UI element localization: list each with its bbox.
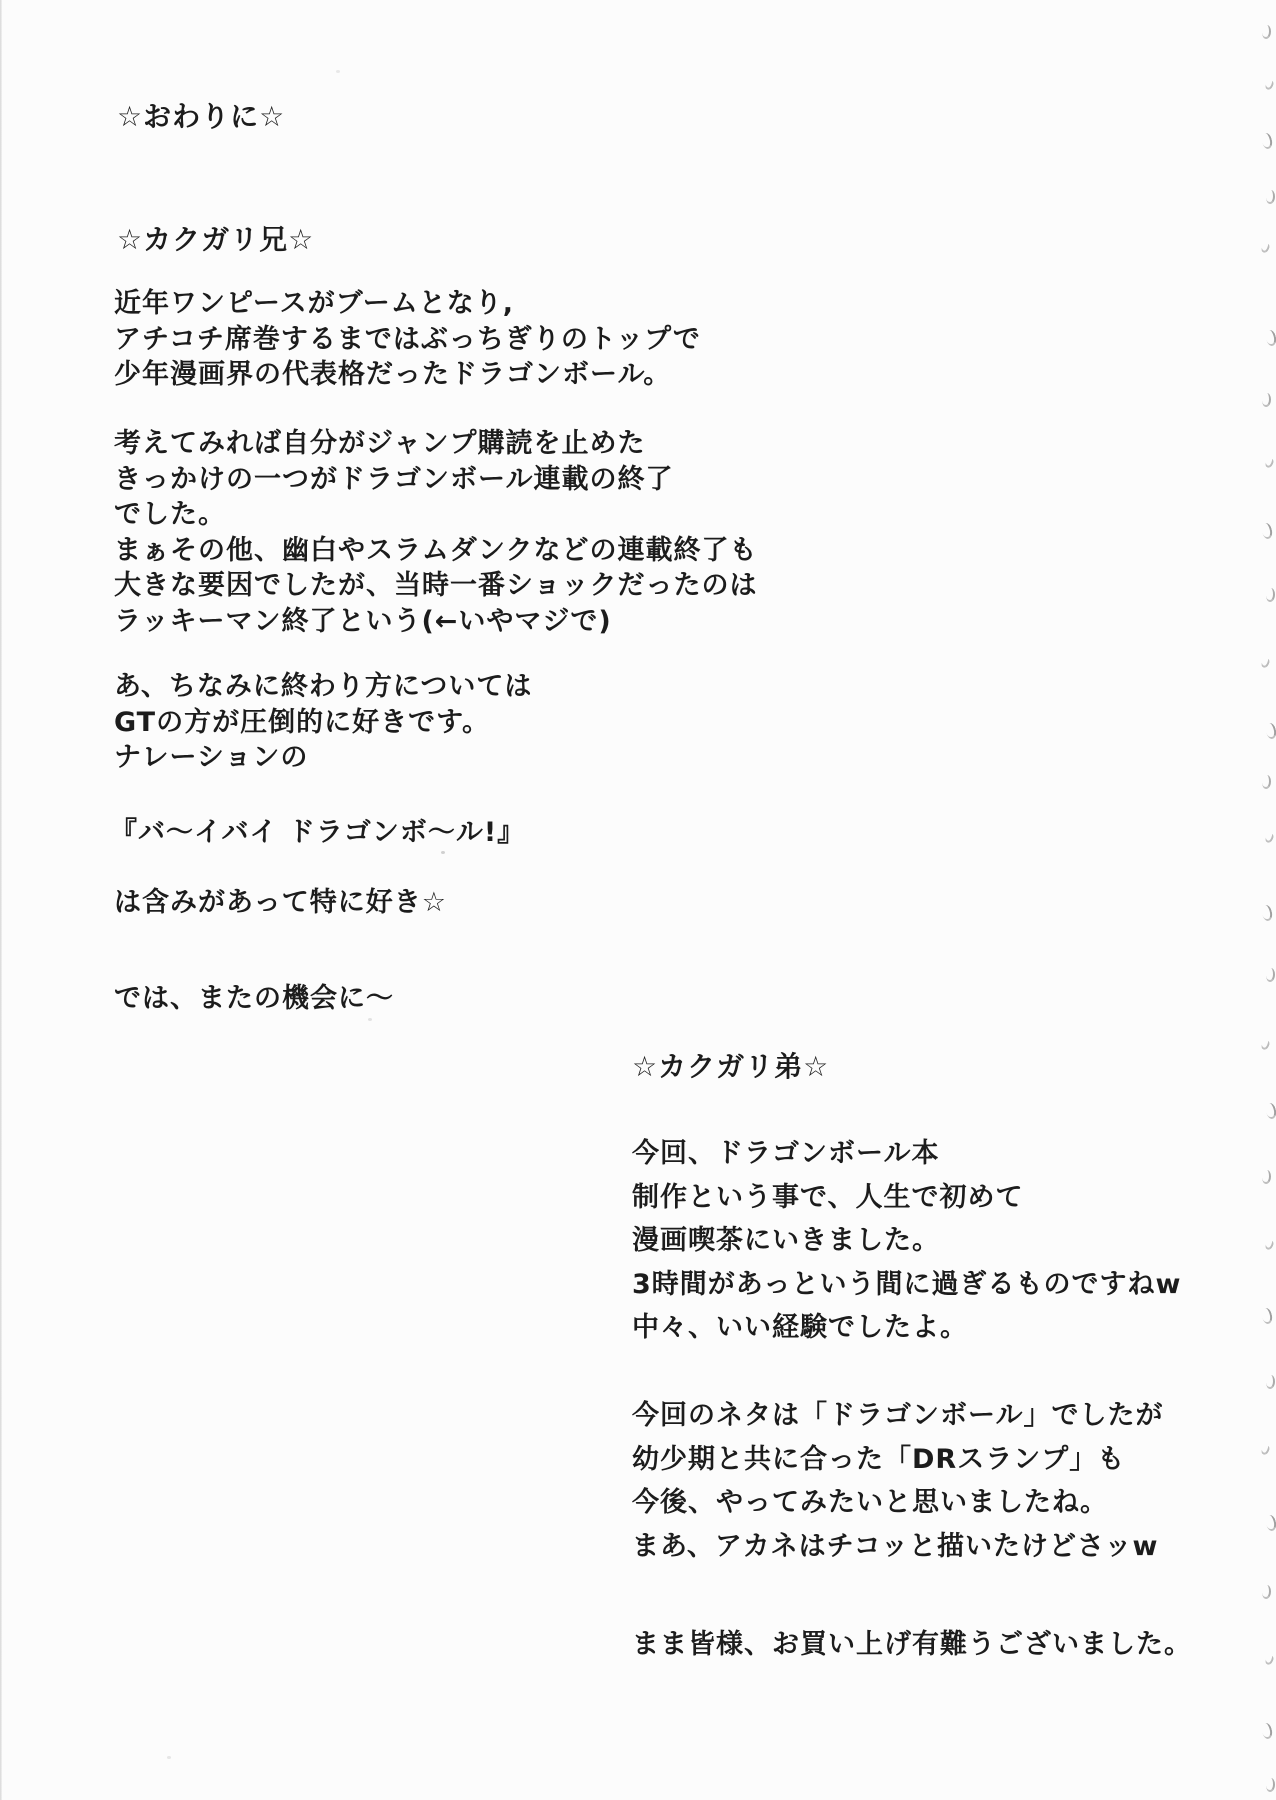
text-line: 幼少期と共に合った「DRスランプ」も [632, 1438, 1163, 1482]
right-edge-scan-artifact [1266, 190, 1275, 204]
text-line: アチコチ席巻するまではぶっちぎりのトップで [114, 322, 701, 358]
right-edge-scan-artifact [1266, 588, 1275, 602]
younger-closing-line: まま皆様、お買い上げ有難うございました。 [632, 1622, 1192, 1661]
right-edge-scan-artifact [1264, 329, 1276, 347]
right-edge-scan-artifact [1264, 1654, 1275, 1666]
right-edge-scan-artifact [1264, 1239, 1275, 1251]
scan-speck [167, 1756, 171, 1759]
text-line: あ、ちなみに終わり方については [114, 669, 532, 705]
text-line: きっかけの一つがドラゴンボール連載の終了 [114, 462, 757, 498]
scan-speck [368, 1018, 372, 1021]
right-edge-scan-artifact [1262, 775, 1271, 789]
text-line: 今回のネタは「ドラゴンボール」でしたが [632, 1394, 1163, 1438]
brother-paragraph-2: 考えてみれば自分がジャンプ購読を止めたきっかけの一つがドラゴンボール連載の終了で… [114, 426, 757, 639]
right-edge-scan-artifact [1264, 832, 1275, 844]
right-edge-scan-artifact [1260, 242, 1271, 254]
afterword-title: ☆おわりに☆ [117, 95, 285, 135]
brother-after-quote-line: は含みがあって特に好き☆ [114, 880, 447, 919]
text-line: ラッキーマン終了という(←いやマジで) [114, 604, 757, 640]
right-edge-scan-artifact [1266, 968, 1275, 982]
right-edge-scan-artifact [1260, 1722, 1274, 1740]
brother-paragraph-1: 近年ワンピースがブームとなり,アチコチ席巻するまではぶっちぎりのトップで少年漫画… [114, 286, 701, 393]
right-edge-scan-artifact [1264, 1514, 1276, 1532]
text-line: でした。 [114, 497, 757, 533]
younger-paragraph-1: 今回、ドラゴンボール本制作という事で、人生で初めて漫画喫茶にいきました。3時間が… [632, 1132, 1181, 1350]
text-line: 今回、ドラゴンボール本 [632, 1132, 1181, 1176]
right-edge-scan-artifact [1262, 1170, 1271, 1184]
brother-quote-line: 『バ～イバイ ドラゴンボ～ル!』 [110, 810, 525, 849]
text-line: 少年漫画界の代表格だったドラゴンボール。 [114, 357, 701, 393]
left-paper-edge-shadow [0, 0, 2, 1800]
text-line: 制作という事で、人生で初めて [632, 1176, 1181, 1220]
right-edge-scan-artifact [1262, 25, 1271, 39]
text-line: 漫画喫茶にいきました。 [632, 1219, 1181, 1263]
brother-paragraph-3: あ、ちなみに終わり方についてはGTの方が圧倒的に好きです。ナレーションの [114, 669, 532, 776]
right-edge-scan-artifact [1260, 1444, 1271, 1456]
right-edge-scan-artifact [1264, 722, 1276, 740]
right-edge-scan-artifact [1264, 1102, 1276, 1120]
younger-section-heading: ☆カクガリ弟☆ [632, 1045, 829, 1085]
right-edge-scan-artifact [1264, 457, 1275, 469]
text-line: ナレーションの [114, 740, 532, 776]
text-line: 中々、いい経験でしたよ。 [632, 1306, 1181, 1350]
right-edge-scan-artifact [1260, 1307, 1274, 1325]
text-line: まぁその他、幽白やスラムダンクなどの連載終了も [114, 533, 757, 569]
right-edge-scan-artifact [1266, 1778, 1275, 1792]
brother-section-heading: ☆カクガリ兄☆ [117, 218, 314, 258]
brother-closing-line: では、またの機会に～ [114, 976, 394, 1015]
right-edge-scan-artifact [1262, 393, 1271, 407]
scan-speck [441, 851, 445, 854]
right-edge-scan-artifact [1260, 904, 1274, 922]
right-edge-scan-artifact [1260, 1039, 1271, 1051]
text-line: まあ、アカネはチコッと描いたけどさッw [632, 1525, 1163, 1569]
right-edge-scan-artifact [1266, 1375, 1275, 1389]
text-line: 近年ワンピースがブームとなり, [114, 286, 701, 322]
text-line: 今後、やってみたいと思いましたね。 [632, 1481, 1163, 1525]
younger-paragraph-2: 今回のネタは「ドラゴンボール」でしたが幼少期と共に合った「DRスランプ」も今後、… [632, 1394, 1163, 1568]
right-edge-scan-artifact [1262, 1585, 1271, 1599]
text-line: GTの方が圧倒的に好きです。 [114, 705, 532, 741]
text-line: 3時間があっという間に過ぎるものですねw [632, 1263, 1181, 1307]
text-line: 考えてみれば自分がジャンプ購読を止めた [114, 426, 757, 462]
right-edge-scan-artifact [1260, 657, 1271, 669]
text-line: 大きな要因でしたが、当時一番ショックだったのは [114, 568, 757, 604]
right-edge-scan-artifact [1260, 522, 1274, 540]
scanned-afterword-page: ☆おわりに☆ ☆カクガリ兄☆ 近年ワンピースがブームとなり,アチコチ席巻するまで… [0, 0, 1276, 1800]
right-edge-scan-artifact [1260, 132, 1274, 150]
scan-speck [336, 70, 340, 73]
right-edge-scan-artifact [1264, 79, 1275, 91]
